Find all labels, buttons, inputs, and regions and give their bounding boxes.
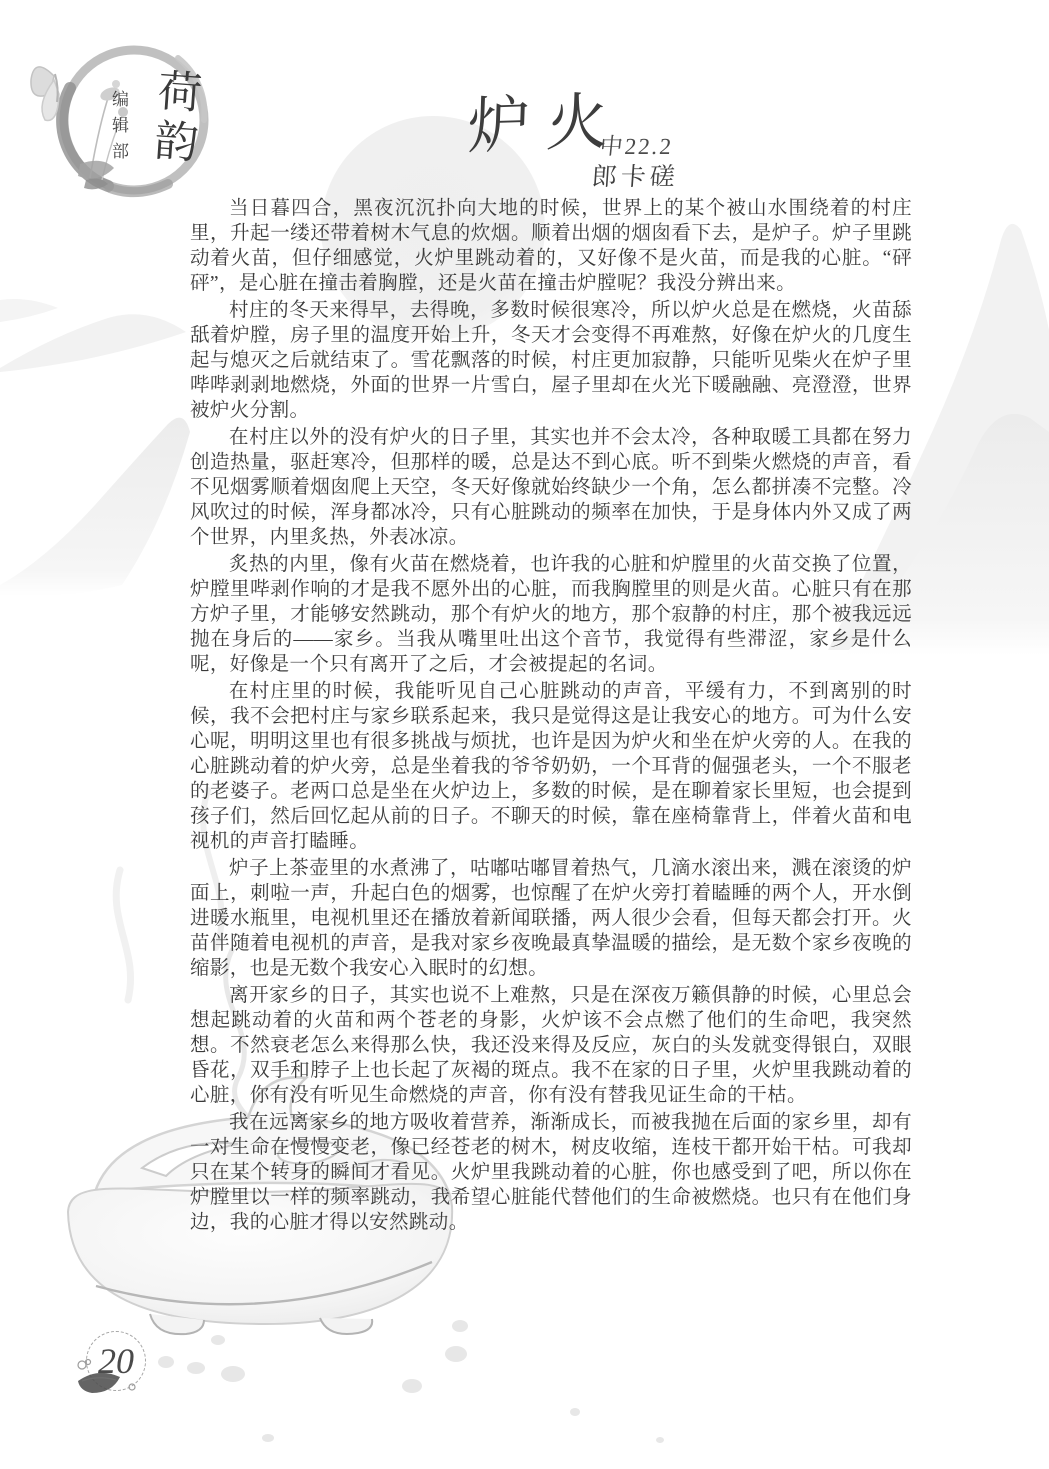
paragraph: 炙热的内里，像有火苗在燃烧着，也许我的心脏和炉膛里的火苗交换了位置，炉膛里哔剥作… <box>190 552 912 677</box>
paragraph: 炉子上茶壶里的水煮沸了，咕嘟咕嘟冒着热气，几滴水滚出来，溅在滚烫的炉面上，刺啦一… <box>190 856 912 981</box>
paragraph: 在村庄里的时候，我能听见自己心脏跳动的声音，平缓有力，不到离别的时候，我不会把村… <box>190 679 912 854</box>
butterfly-icon <box>31 67 59 121</box>
mountains-watermark-left <box>0 299 190 596</box>
paragraph: 在村庄以外的没有炉火的日子里，其实也并不会太冷，各种取暖工具都在努力创造热量，驱… <box>190 425 912 550</box>
paragraph: 当日暮四合，黑夜沉沉扑向大地的时候，世界上的某个被山水围绕着的村庄里，升起一缕还… <box>190 196 912 296</box>
logo-department-name: 编辑部 <box>110 90 127 168</box>
paragraph: 离开家乡的日子，其实也说不上难熬，只是在深夜万籁俱静的时候，心里总会想起跳动着的… <box>190 983 912 1108</box>
ink-speckles <box>158 1320 664 1443</box>
article-body: 当日暮四合，黑夜沉沉扑向大地的时候，世界上的某个被山水围绕着的村庄里，升起一缕还… <box>190 196 912 1237</box>
lotus-leaf-icon <box>78 1373 120 1393</box>
page-number-badge: 20 <box>86 1331 146 1391</box>
logo-magazine-name: 荷韵 <box>147 67 200 170</box>
magazine-page: 荷韵 编辑部 炉火 中22.2 郎卡磋 当日暮四合，黑夜沉沉扑向大地的时候，世界… <box>0 0 1049 1469</box>
author-name: 郎卡磋 <box>591 157 681 193</box>
paragraph: 我在远离家乡的地方吸收着营养，渐渐成长，而被我抛在后面的家乡里，却有一对生命在慢… <box>190 1110 912 1235</box>
magazine-logo: 荷韵 编辑部 <box>28 28 238 218</box>
paragraph: 村庄的冬天来得早，去得晚，多数时候很寒冷，所以炉火总是在燃烧，火苗舔舐着炉膛，房… <box>190 298 912 423</box>
